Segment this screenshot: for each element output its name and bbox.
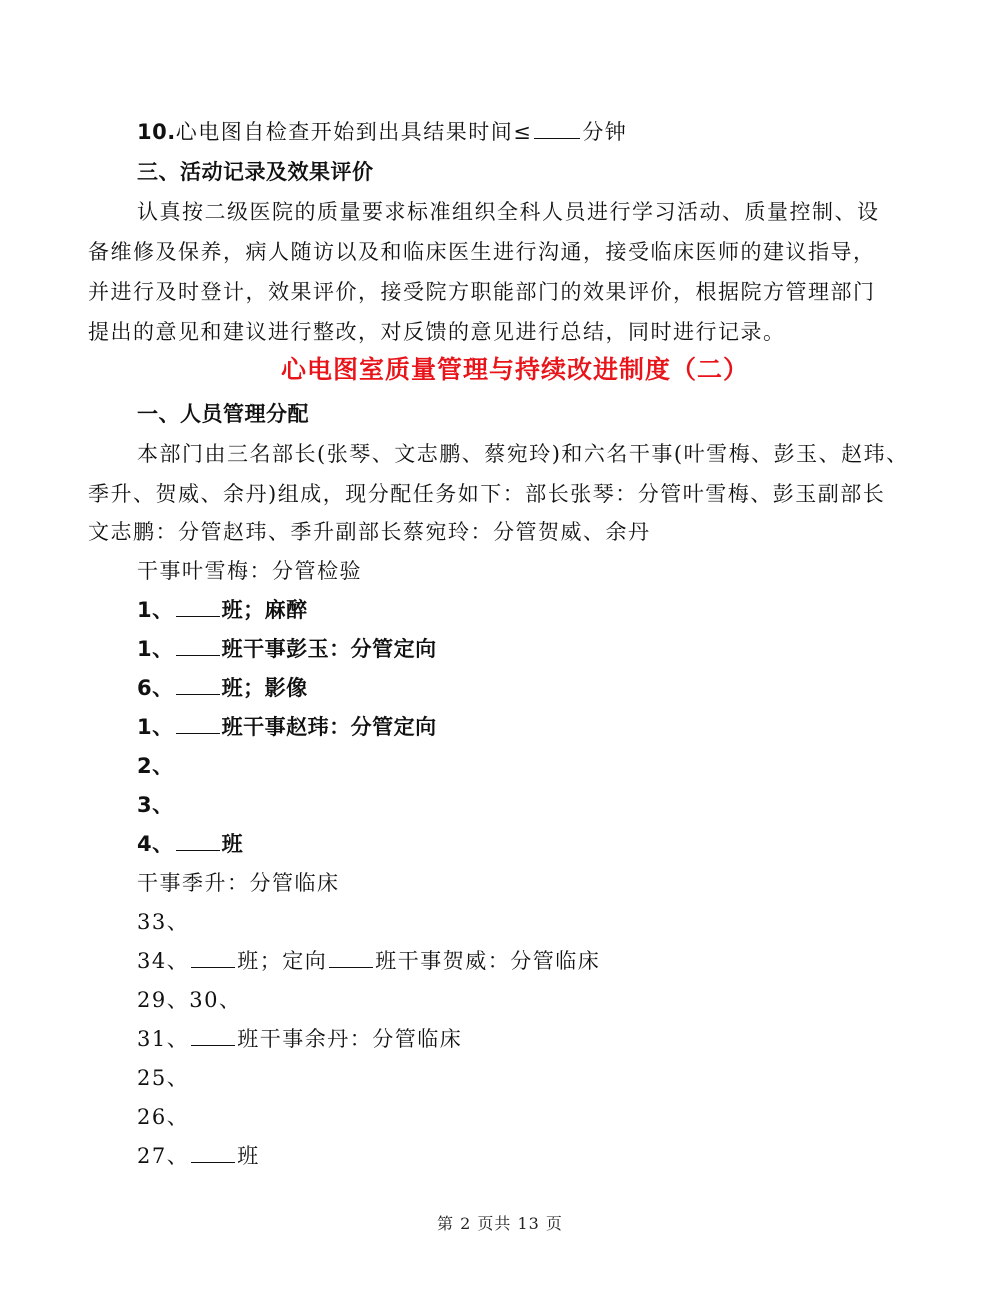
paragraph-line: 文志鹏：分管赵玮、季升副部长蔡宛玲：分管贺威、余丹 [88, 519, 651, 545]
item-number: 27、 [137, 1144, 189, 1168]
fill-blank [176, 676, 220, 695]
list-item-number-only: 25、 [137, 1065, 189, 1091]
list-item-number-only: 33、 [137, 909, 189, 935]
item-text: 心电图自检查开始到出具结果时间≤ [176, 120, 533, 144]
fill-blank [191, 949, 235, 968]
list-item-number-only: 2、 [137, 753, 174, 779]
fill-blank [176, 637, 220, 656]
fill-blank [176, 715, 220, 734]
list-item: 31、班干事余丹：分管临床 [137, 1026, 462, 1052]
fill-blank [191, 1144, 235, 1163]
item-number: 4、 [137, 832, 174, 856]
list-item: 1、班干事赵玮：分管定向 [137, 714, 437, 740]
list-item-number-only: 3、 [137, 792, 174, 818]
list-item: 6、班；影像 [137, 675, 308, 701]
staff-assignment-ji: 干事季升：分管临床 [137, 870, 340, 896]
item-number: 1、 [137, 598, 174, 622]
item-number: 1、 [137, 637, 174, 661]
section-heading-activity-records: 三、活动记录及效果评价 [137, 159, 374, 185]
item-unit: 分钟 [582, 120, 627, 144]
item-text: 班干事彭玉：分管定向 [222, 637, 437, 661]
list-item-number-only: 26、 [137, 1104, 189, 1130]
list-item-number-only: 29、30、 [137, 987, 241, 1013]
document-page: 10.心电图自检查开始到出具结果时间≤分钟 三、活动记录及效果评价 认真按二级医… [0, 0, 1000, 1294]
item-text: 班；定向 [237, 949, 327, 973]
page-number-footer: 第 2 页共 13 页 [0, 1214, 1000, 1234]
staff-assignment-ye: 干事叶雪梅：分管检验 [137, 558, 362, 584]
item-text: 班 [222, 832, 244, 856]
item-text: 班干事赵玮：分管定向 [222, 715, 437, 739]
item-text: 班干事贺威：分管临床 [375, 949, 600, 973]
list-item: 4、班 [137, 831, 243, 857]
item-text: 班；麻醉 [222, 598, 308, 622]
fill-blank [534, 120, 580, 139]
paragraph-line: 提出的意见和建议进行整改，对反馈的意见进行总结，同时进行记录。 [88, 319, 786, 345]
paragraph-line: 季升、贺威、余丹)组成，现分配任务如下：部长张琴：分管叶雪梅、彭玉副部长 [88, 481, 885, 507]
list-item: 27、班 [137, 1143, 260, 1169]
fill-blank [329, 949, 373, 968]
item-text: 班干事余丹：分管临床 [237, 1027, 462, 1051]
item-text: 班；影像 [222, 676, 308, 700]
document-title: 心电图室质量管理与持续改进制度（二） [0, 355, 1000, 385]
item-number: 6、 [137, 676, 174, 700]
list-item-10: 10.心电图自检查开始到出具结果时间≤分钟 [137, 119, 627, 145]
list-item: 1、班；麻醉 [137, 597, 308, 623]
list-item: 34、班；定向班干事贺威：分管临床 [137, 948, 600, 974]
paragraph-line: 备维修及保养，病人随访以及和临床医生进行沟通，接受临床医师的建议指导， [88, 239, 876, 265]
item-number: 31、 [137, 1027, 189, 1051]
list-item: 1、班干事彭玉：分管定向 [137, 636, 437, 662]
item-number: 34、 [137, 949, 189, 973]
paragraph-line: 并进行及时登计，效果评价，接受院方职能部门的效果评价，根据院方管理部门 [88, 279, 876, 305]
fill-blank [191, 1027, 235, 1046]
paragraph-line: 本部门由三名部长(张琴、文志鹏、蔡宛玲)和六名干事(叶雪梅、彭玉、赵玮、 [137, 441, 909, 467]
fill-blank [176, 598, 220, 617]
section-heading-staff-allocation: 一、人员管理分配 [137, 401, 309, 427]
paragraph-line: 认真按二级医院的质量要求标准组织全科人员进行学习活动、质量控制、设 [137, 199, 880, 225]
fill-blank [176, 832, 220, 851]
item-number: 1、 [137, 715, 174, 739]
item-text: 班 [237, 1144, 260, 1168]
item-number: 10. [137, 120, 176, 144]
